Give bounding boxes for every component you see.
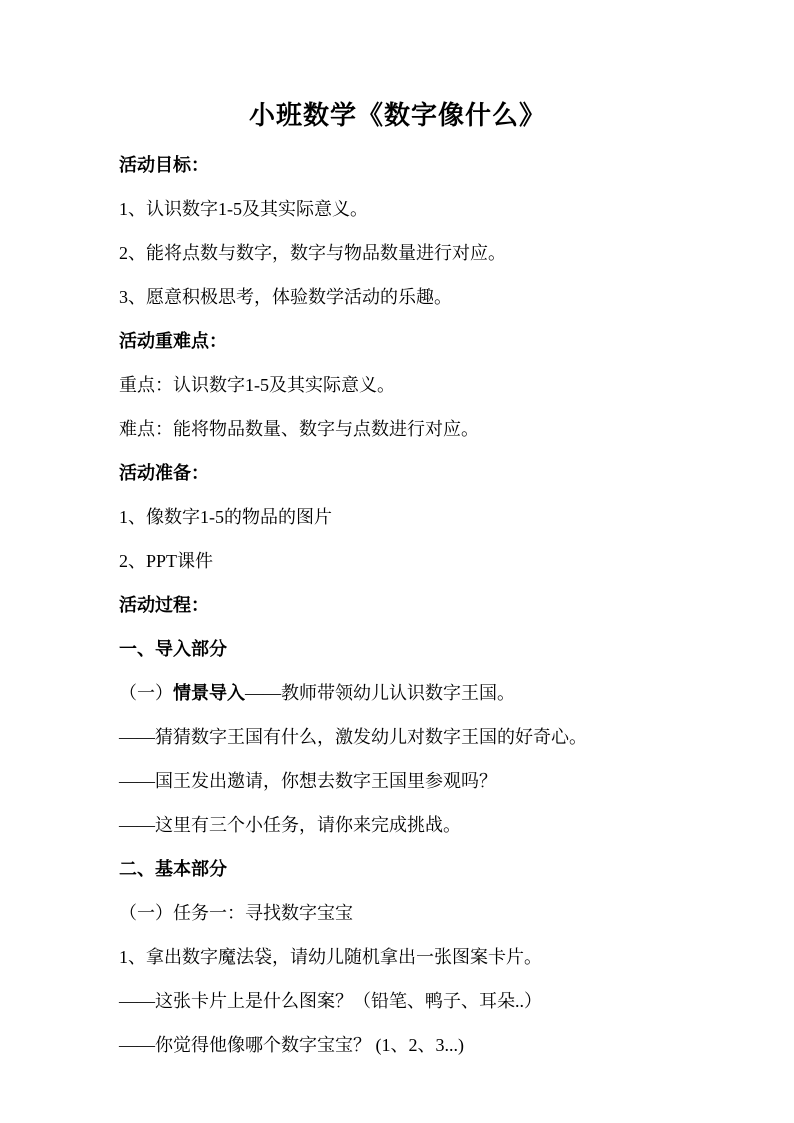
paragraph: 1、认识数字1-5及其实际意义。 [119,195,676,223]
paragraph: 2、能将点数与数字，数字与物品数量进行对应。 [119,239,676,267]
text-run: ——你觉得他像哪个数字宝宝？ (1、2、3...) [119,1035,464,1055]
text-run: ——这张卡片上是什么图案？（铅笔、鸭子、耳朵..） [119,991,542,1011]
paragraph: 2、PPT课件 [119,547,676,575]
section-heading: 二、基本部分 [119,855,676,883]
text-run: 2、PPT课件 [119,551,213,571]
paragraph: ——这张卡片上是什么图案？（铅笔、鸭子、耳朵..） [119,987,676,1015]
paragraph: ——国王发出邀请，你想去数字王国里参观吗？ [119,767,676,795]
document-page: 小班数学《数字像什么》 活动目标：1、认识数字1-5及其实际意义。2、能将点数与… [0,0,794,1123]
section-heading: 一、导入部分 [119,635,676,663]
paragraph: ——这里有三个小任务，请你来完成挑战。 [119,811,676,839]
bold-text-run: 活动目标： [119,155,209,175]
section-heading: 活动重难点： [119,327,676,355]
section-heading: 活动目标： [119,151,676,179]
paragraph: （一）情景导入——教师带领幼儿认识数字王国。 [119,679,676,707]
text-run: 1、拿出数字魔法袋，请幼儿随机拿出一张图案卡片。 [119,947,542,967]
section-heading: 活动过程： [119,591,676,619]
text-run: （一）任务一：寻找数字宝宝 [119,903,353,923]
text-run: 1、像数字1-5的物品的图片 [119,507,332,527]
bold-text-run: 活动重难点： [119,331,227,351]
paragraph: 3、愿意积极思考，体验数学活动的乐趣。 [119,283,676,311]
document-title: 小班数学《数字像什么》 [119,100,676,132]
text-run: ——这里有三个小任务，请你来完成挑战。 [119,815,461,835]
paragraph: 1、拿出数字魔法袋，请幼儿随机拿出一张图案卡片。 [119,943,676,971]
text-run: 2、能将点数与数字，数字与物品数量进行对应。 [119,243,506,263]
text-run: 1、认识数字1-5及其实际意义。 [119,199,368,219]
text-run: ——国王发出邀请，你想去数字王国里参观吗？ [119,771,497,791]
paragraph: 重点：认识数字1-5及其实际意义。 [119,371,676,399]
paragraph: 难点：能将物品数量、数字与点数进行对应。 [119,415,676,443]
bold-text-run: 活动准备： [119,463,209,483]
text-run: 难点：能将物品数量、数字与点数进行对应。 [119,419,479,439]
paragraph: （一）任务一：寻找数字宝宝 [119,899,676,927]
bold-text-run: 二、基本部分 [119,859,227,879]
text-run: ——教师带领幼儿认识数字王国。 [245,683,515,703]
text-run: （一） [119,683,173,703]
section-heading: 活动准备： [119,459,676,487]
document-body: 活动目标：1、认识数字1-5及其实际意义。2、能将点数与数字，数字与物品数量进行… [119,151,676,1059]
bold-text-run: 活动过程： [119,595,209,615]
paragraph: ——猜猜数字王国有什么，激发幼儿对数字王国的好奇心。 [119,723,676,751]
bold-text-run: 一、导入部分 [119,639,227,659]
text-run: 3、愿意积极思考，体验数学活动的乐趣。 [119,287,452,307]
text-run: ——猜猜数字王国有什么，激发幼儿对数字王国的好奇心。 [119,727,587,747]
paragraph: ——你觉得他像哪个数字宝宝？ (1、2、3...) [119,1031,676,1059]
bold-text-run: 情景导入 [173,683,245,703]
text-run: 重点：认识数字1-5及其实际意义。 [119,375,395,395]
paragraph: 1、像数字1-5的物品的图片 [119,503,676,531]
